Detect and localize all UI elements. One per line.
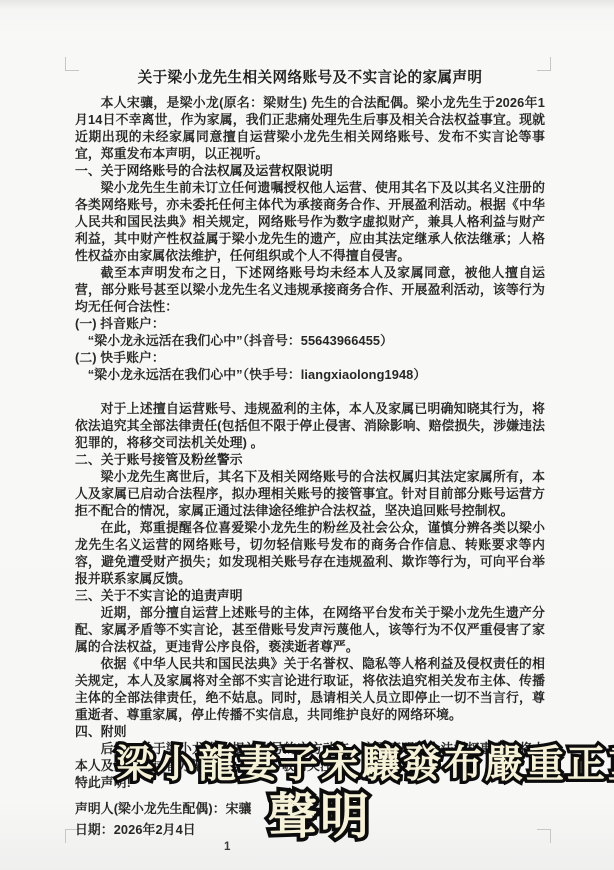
section1-paragraph-1: 梁小龙先生生前未订立任何遗嘱授权他人运营、使用其名下及以其名义注册的各类网络账号… [75,179,545,264]
douyin-account-label: (一) 抖音账户： [75,315,545,332]
statement-document: 关于梁小龙先生相关网络账号及不实言论的家属声明 本人宋骧，是梁小龙(原名：梁财生… [75,68,545,838]
douyin-account-value: “梁小龙永远活在我们心中”（抖音号：55643966455） [75,332,545,349]
section1-paragraph-2: 截至本声明发布之日，下述网络账号均未经本人及家属同意，被他人擅自运营，部分账号甚… [75,264,545,315]
section3-heading: 三、关于不实言论的追责声明 [75,587,545,604]
section4-heading: 四、附则 [75,723,545,740]
section2-paragraph-1: 梁小龙先生离世后，其名下及相关网络账号的合法权属归其法定家属所有，本人及家属已启… [75,468,545,519]
blank-line [75,383,545,400]
section3-paragraph-2: 依据《中华人民共和国民法典》关于名誉权、隐私等人格利益及侵权责任的相关规定，本人… [75,655,545,723]
document-title: 关于梁小龙先生相关网络账号及不实言论的家属声明 [75,68,545,88]
caption-overlay-line1: 梁小龍妻子宋驤發布嚴重正重 [116,742,614,788]
section2-heading: 二、关于账号接管及粉丝警示 [75,451,545,468]
section2-paragraph-2: 在此，郑重提醒各位喜爱梁小龙先生的粉丝及社会公众，谨慎分辨各类以梁小龙先生名义运… [75,519,545,587]
kuaishou-account-label: (二) 快手账户： [75,349,545,366]
section1-heading: 一、关于网络账号的合法权属及运营权限说明 [75,162,545,179]
section1-paragraph-3: 对于上述擅自运营账号、违规盈利的主体，本人及家属已明确知晓其行为，将依法追究其全… [75,400,545,451]
kuaishou-account-value: “梁小龙永远活在我们心中”（快手号：liangxiaolong1948） [75,366,545,383]
caption-overlay-line2: 聲明 [0,788,614,846]
section3-paragraph-1: 近期，部分擅自运营上述账号的主体，在网络平台发布关于梁小龙先生遗产分配、家属矛盾… [75,604,545,655]
intro-paragraph: 本人宋骧，是梁小龙(原名：梁财生) 先生的合法配偶。梁小龙先生于2026年1月1… [75,94,545,162]
